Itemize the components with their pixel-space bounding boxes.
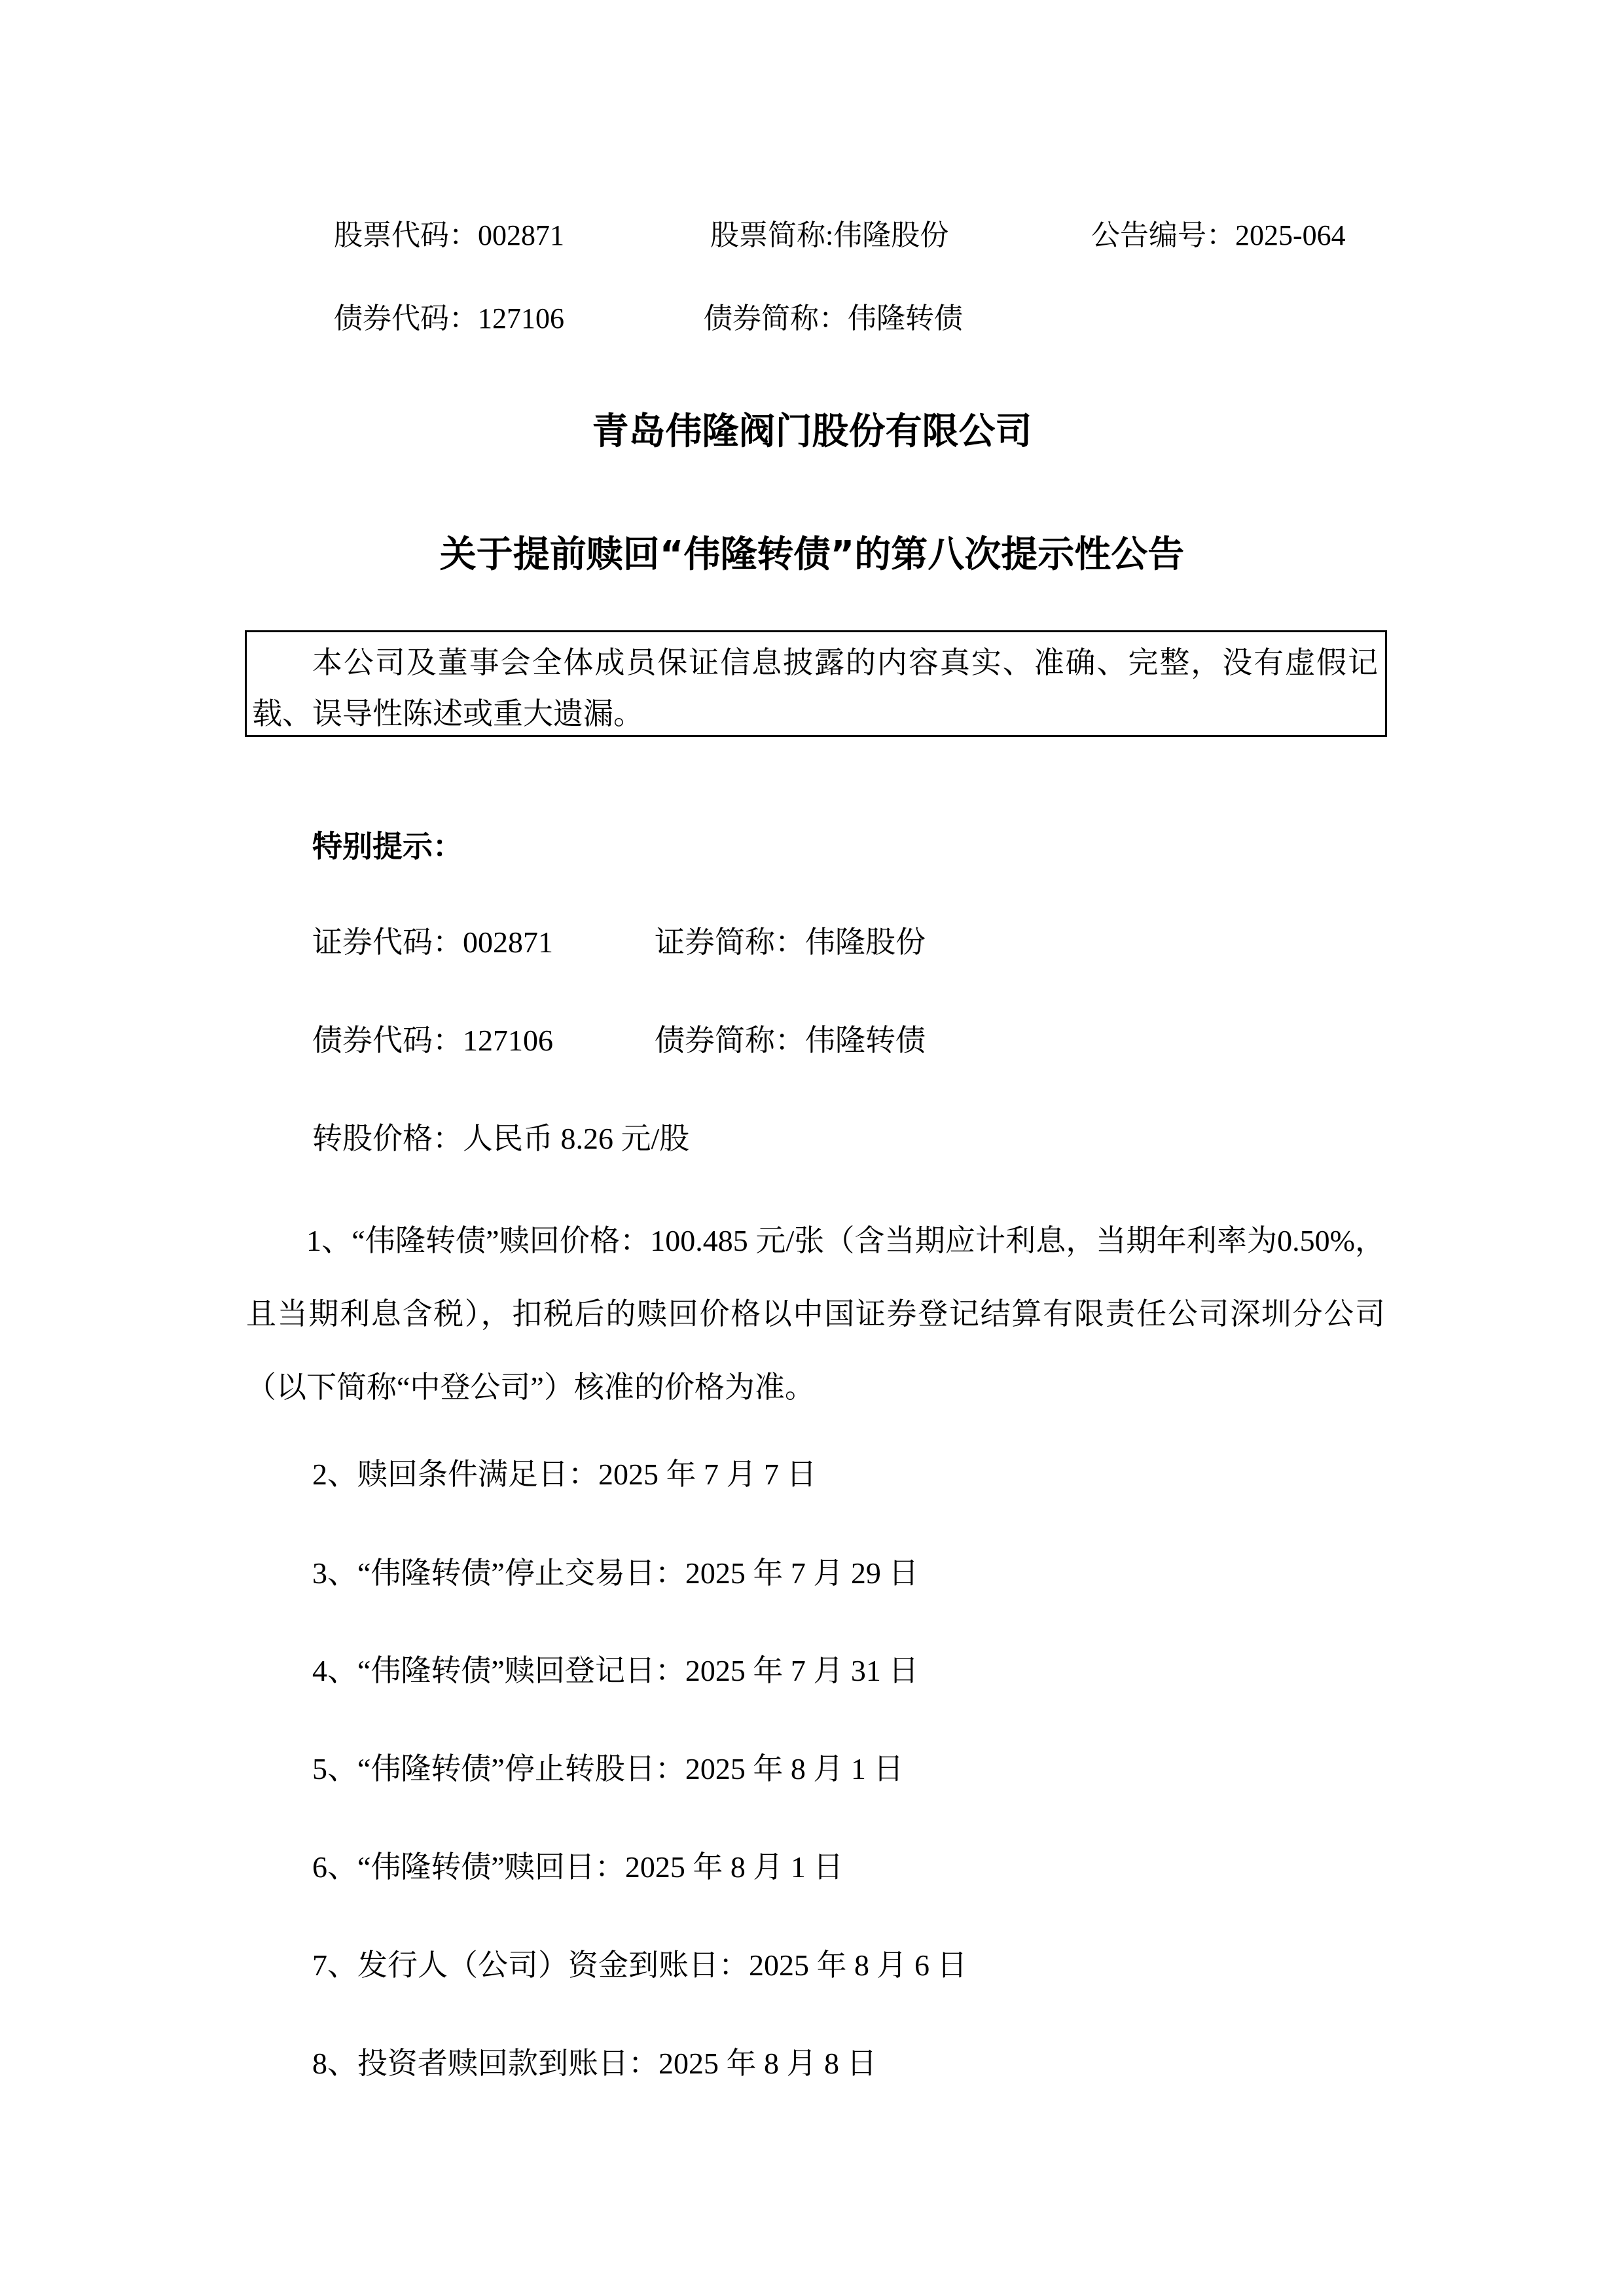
- bond-short-name: 债券简称：伟隆转债: [704, 304, 963, 333]
- item-conversion-stop-date: 5、“伟隆转债”停止转股日：2025 年 8 月 1 日: [312, 1754, 903, 1784]
- company-title: 青岛伟隆阀门股份有限公司: [0, 414, 1624, 450]
- bond-code: 债券代码：127106: [334, 304, 564, 333]
- item-redemption-registration-date: 4、“伟隆转债”赎回登记日：2025 年 7 月 31 日: [312, 1656, 918, 1686]
- disclaimer-text: 本公司及董事会全体成员保证信息披露的内容真实、准确、完整，没有虚假记载、误导性陈…: [252, 637, 1378, 740]
- special-notice-heading: 特别提示：: [312, 831, 463, 861]
- stock-code: 股票代码：002871: [334, 221, 564, 250]
- announcement-number: 公告编号：2025-064: [1091, 221, 1346, 250]
- notice-bond-short-name: 债券简称：伟隆转债: [655, 1026, 926, 1056]
- security-code: 证券代码：002871: [312, 927, 553, 958]
- item-trading-stop-date: 3、“伟隆转债”停止交易日：2025 年 7 月 29 日: [312, 1558, 918, 1588]
- security-short-name: 证券简称：伟隆股份: [655, 927, 926, 958]
- item-redemption-date: 6、“伟隆转债”赎回日：2025 年 8 月 1 日: [312, 1852, 843, 1882]
- disclaimer-box: 本公司及董事会全体成员保证信息披露的内容真实、准确、完整，没有虚假记载、误导性陈…: [245, 630, 1387, 737]
- announcement-title: 关于提前赎回“伟隆转债”的第八次提示性公告: [0, 537, 1624, 573]
- item-issuer-funds-date: 7、发行人（公司）资金到账日：2025 年 8 月 6 日: [312, 1950, 967, 1981]
- stock-short-name: 股票简称:伟隆股份: [710, 221, 948, 250]
- item-redemption-condition-date: 2、赎回条件满足日：2025 年 7 月 7 日: [312, 1460, 817, 1490]
- conversion-price: 转股价格：人民币 8.26 元/股: [312, 1124, 689, 1154]
- notice-bond-code: 债券代码：127106: [312, 1026, 553, 1056]
- item-investor-payment-date: 8、投资者赎回款到账日：2025 年 8 月 8 日: [312, 2049, 877, 2079]
- item-redemption-price: 1、“伟隆转债”赎回价格：100.485 元/张（含当期应计利息，当期年利率为0…: [246, 1204, 1385, 1424]
